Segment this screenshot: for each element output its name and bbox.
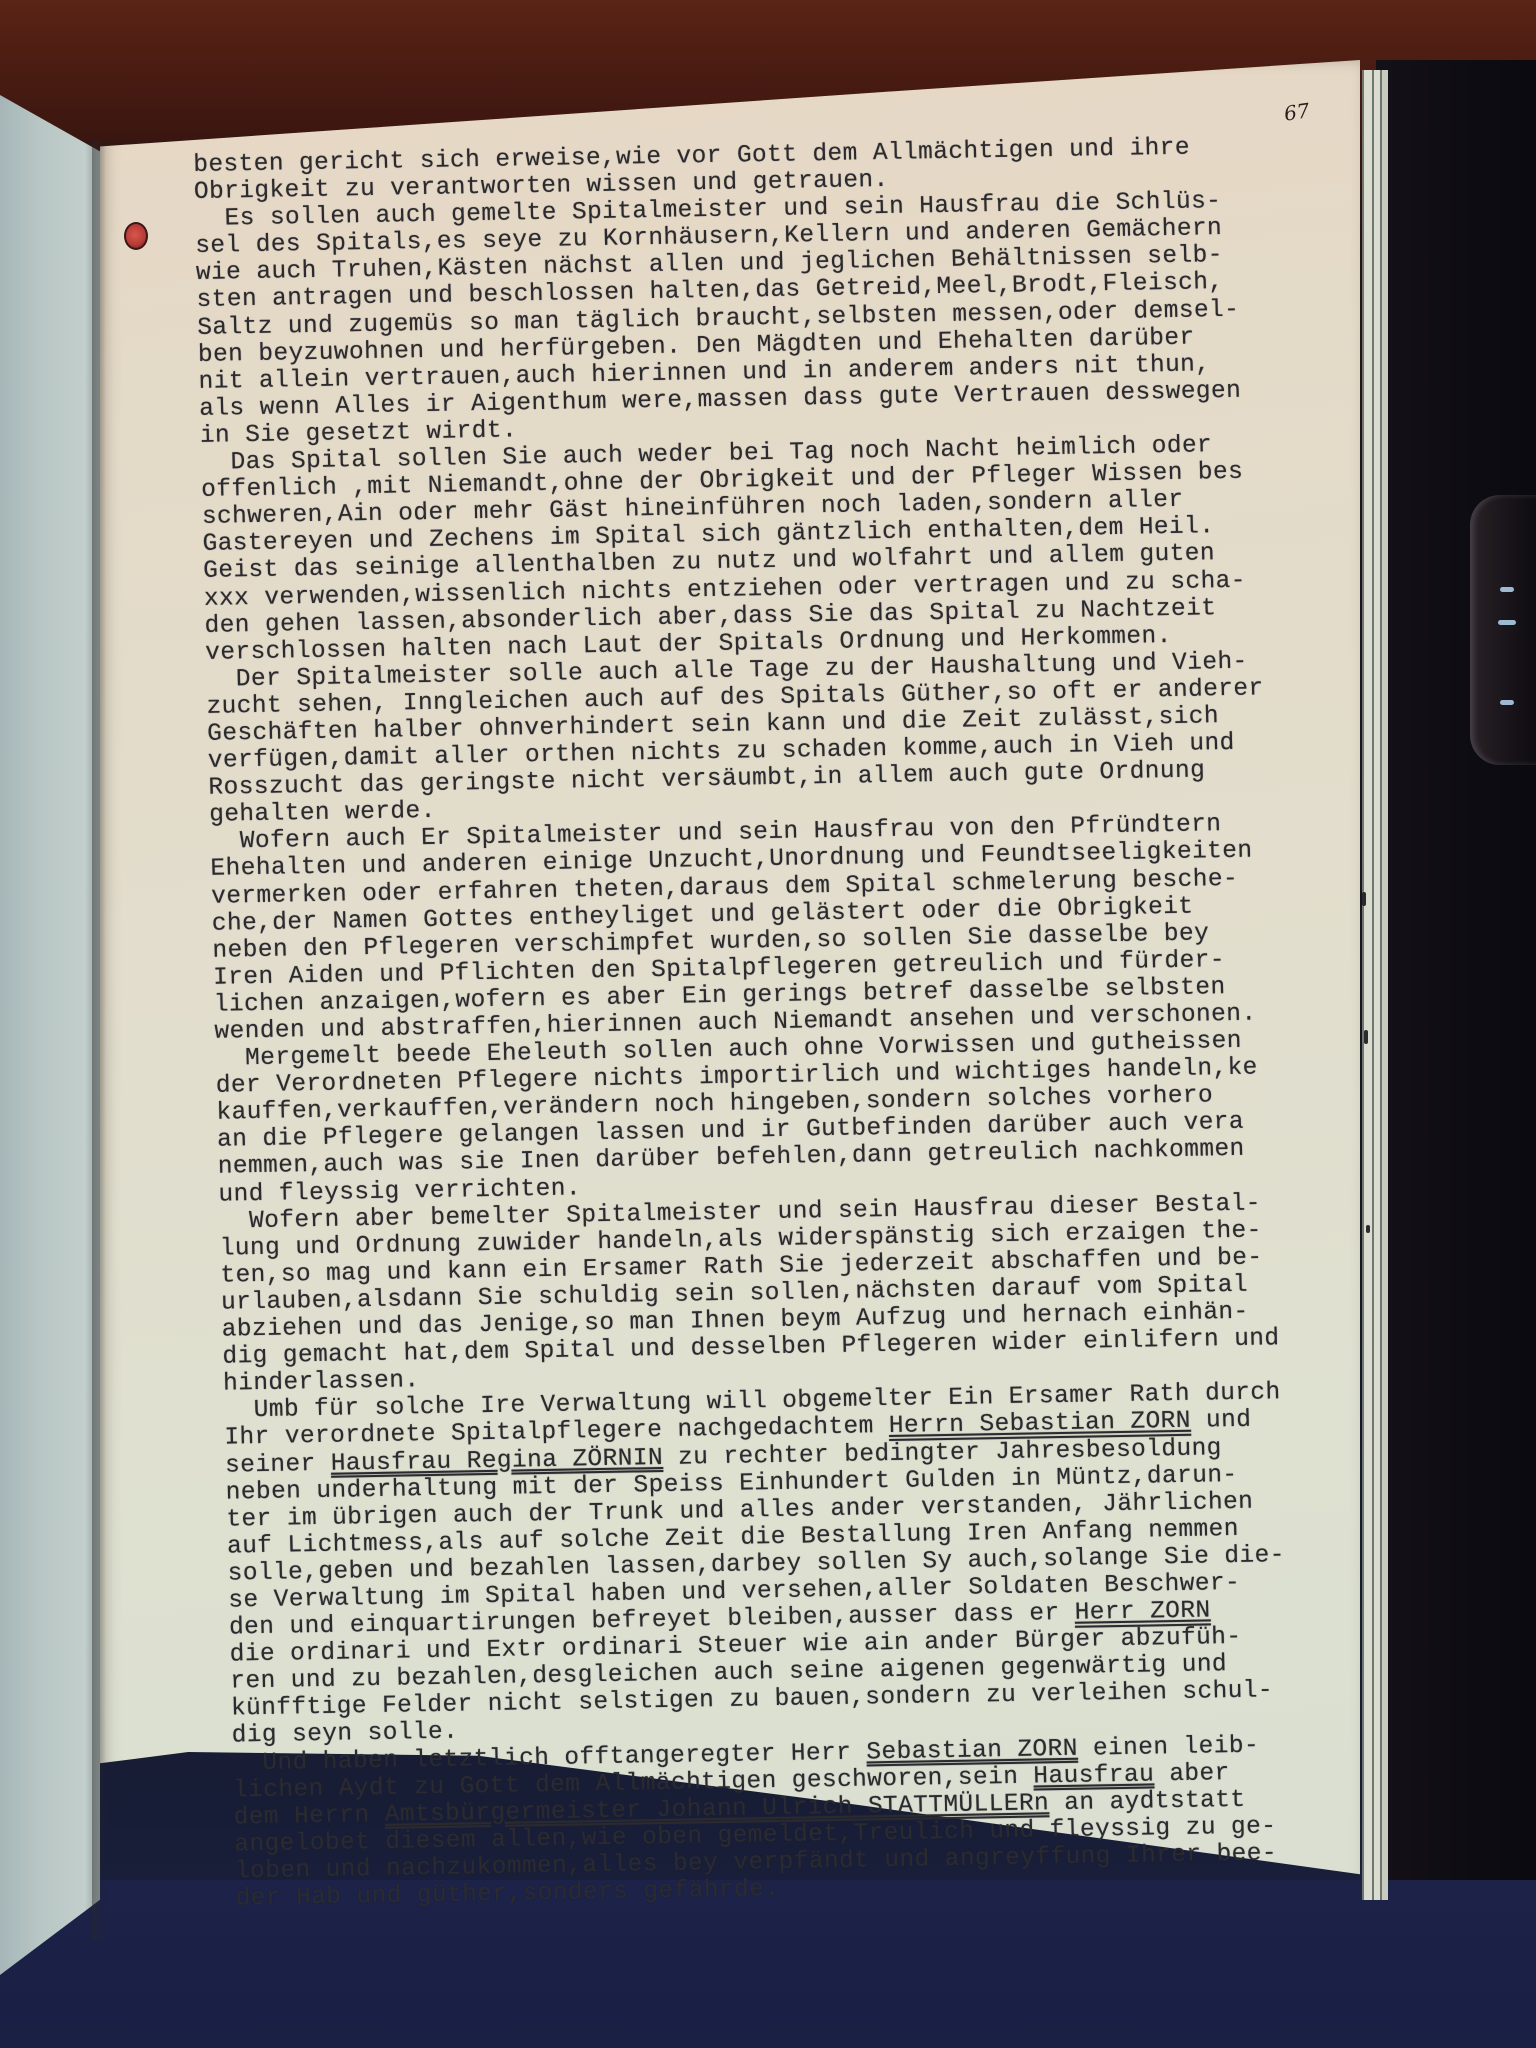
typewritten-body: besten gericht sich erweise,wie vor Gott… [193, 132, 1406, 1913]
underlined-name: Hausfrau [1033, 1761, 1154, 1790]
glint [1500, 587, 1514, 592]
photo-scene: 67 besten gericht sich erweise,wie vor G… [0, 0, 1536, 2048]
facing-page-left [0, 95, 100, 1975]
binder-knob [1470, 495, 1536, 765]
page-number: 67 [1282, 98, 1311, 125]
underlined-name: Sebastian ZORN [866, 1735, 1078, 1766]
underlined-name: Herr ZORN [1074, 1597, 1211, 1626]
blue-cloth [0, 1880, 1536, 2048]
red-dot-marker [124, 222, 148, 250]
glint [1498, 620, 1516, 625]
gutter-shadow [92, 140, 106, 1940]
glint [1500, 700, 1514, 705]
